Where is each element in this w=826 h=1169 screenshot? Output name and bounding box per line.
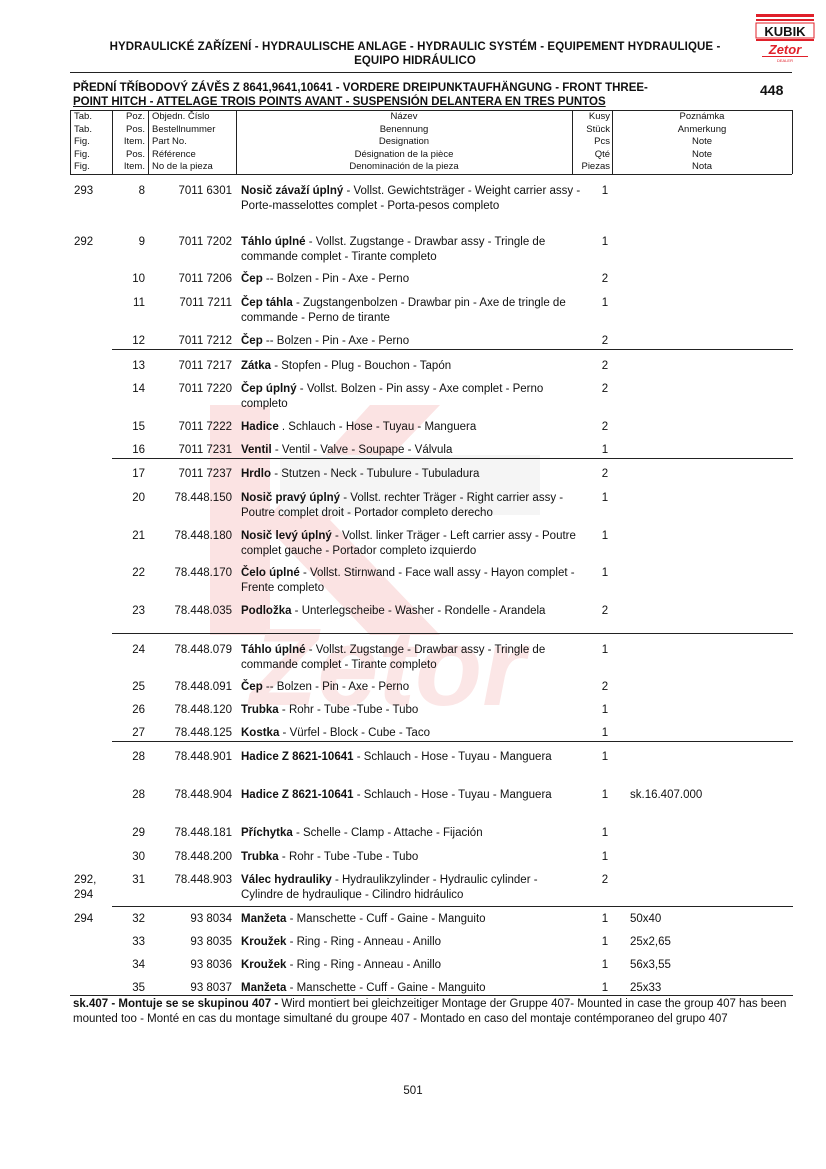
row-name-cz: Čep: [241, 273, 263, 285]
row-description: Hrdlo - Stutzen - Neck - Tubulure - Tubu…: [241, 467, 581, 482]
row-description: Čelo úplné - Vollst. Stirnwand - Face wa…: [241, 566, 581, 595]
section-code: 448: [760, 82, 783, 98]
row-quantity: 1: [595, 235, 615, 250]
row-quantity: 1: [595, 184, 615, 199]
row-name-translations: -- Bolzen - Pin - Axe - Perno: [263, 273, 409, 285]
row-name-cz: Čep úplný: [241, 383, 297, 395]
row-quantity: 2: [595, 272, 615, 287]
row-part-number: 7011 7222: [150, 420, 232, 435]
row-quantity: 1: [595, 529, 615, 544]
section-title: PŘEDNÍ TŘÍBODOVÝ ZÁVĚS Z 8641,9641,10641…: [73, 81, 723, 109]
row-description: Válec hydrauliky - Hydraulikzylinder - H…: [241, 873, 581, 902]
row-position: 34: [112, 958, 145, 973]
row-description: Nosič pravý úplný - Vollst. rechter Träg…: [241, 491, 581, 520]
row-part-number: 7011 7202: [150, 235, 232, 250]
col-divider: [148, 110, 149, 174]
row-quantity: 1: [595, 643, 615, 658]
row-part-number: 7011 7206: [150, 272, 232, 287]
row-note: sk.16.407.000: [630, 788, 702, 803]
row-name-translations: - Manschette - Cuff - Gaine - Manguito: [286, 982, 485, 994]
row-quantity: 2: [595, 382, 615, 397]
row-name-cz: Čelo úplné: [241, 567, 300, 579]
row-part-number: 7011 7220: [150, 382, 232, 397]
col-header-poz: Poz.Pos.Item.Pos.Item.: [112, 111, 145, 174]
row-quantity: 1: [595, 788, 615, 803]
row-name-cz: Kroužek: [241, 959, 286, 971]
page-number: 501: [0, 1085, 826, 1097]
section-title-line2: POINT HITCH - ATTELAGE TROIS POINTS AVAN…: [73, 95, 723, 109]
row-quantity: 2: [595, 680, 615, 695]
row-description: Hadice Z 8621-10641 - Schlauch - Hose - …: [241, 788, 581, 803]
row-quantity: 1: [595, 443, 615, 458]
col-header-part: Objedn. ČísloBestellnummerPart No.Référe…: [152, 111, 215, 174]
row-description: Příchytka - Schelle - Clamp - Attache - …: [241, 826, 581, 841]
row-part-number: 7011 7211: [150, 296, 232, 311]
row-part-number: 78.448.091: [150, 680, 232, 695]
row-position: 17: [112, 467, 145, 482]
header-title-line2: EQUIPO HIDRÁULICO: [70, 54, 760, 68]
row-description: Čep úplný - Vollst. Bolzen - Pin assy - …: [241, 382, 581, 411]
footnote: sk.407 - Montuje se se skupinou 407 - Wi…: [73, 997, 793, 1026]
row-position: 14: [112, 382, 145, 397]
row-quantity: 1: [595, 826, 615, 841]
row-name-cz: Nosič pravý úplný: [241, 492, 340, 504]
row-description: Ventil - Ventil - Valve - Soupape - Válv…: [241, 443, 581, 458]
row-quantity: 2: [595, 420, 615, 435]
document-header: HYDRAULICKÉ ZAŘÍZENÍ - HYDRAULISCHE ANLA…: [70, 40, 760, 68]
row-description: Nosič závaží úplný - Vollst. Gewichtsträ…: [241, 184, 581, 213]
row-position: 13: [112, 359, 145, 374]
group-separator: [112, 741, 793, 742]
row-position: 12: [112, 334, 145, 349]
row-tab: 293: [74, 184, 108, 199]
row-position: 28: [112, 788, 145, 803]
row-position: 22: [112, 566, 145, 581]
row-name-cz: Hadice: [241, 421, 279, 433]
row-name-translations: - Stopfen - Plug - Bouchon - Tapón: [271, 360, 451, 372]
row-quantity: 1: [595, 850, 615, 865]
row-description: Trubka - Rohr - Tube -Tube - Tubo: [241, 703, 581, 718]
row-position: 32: [112, 912, 145, 927]
row-description: Táhlo úplné - Vollst. Zugstange - Drawba…: [241, 643, 581, 672]
row-description: Manžeta - Manschette - Cuff - Gaine - Ma…: [241, 981, 581, 996]
row-part-number: 93 8037: [150, 981, 232, 996]
row-quantity: 2: [595, 604, 615, 619]
col-header-tab: Tab.Tab.Fig.Fig.Fig.: [74, 111, 92, 174]
logo-dealer-text: DEALER: [777, 58, 793, 63]
col-divider: [70, 110, 71, 174]
header-title-line1: HYDRAULICKÉ ZAŘÍZENÍ - HYDRAULISCHE ANLA…: [70, 40, 760, 54]
row-name-cz: Táhlo úplné: [241, 644, 306, 656]
row-name-cz: Válec hydrauliky: [241, 874, 332, 886]
row-description: Táhlo úplné - Vollst. Zugstange - Drawba…: [241, 235, 581, 264]
row-position: 30: [112, 850, 145, 865]
row-part-number: 78.448.035: [150, 604, 232, 619]
row-part-number: 7011 7237: [150, 467, 232, 482]
row-position: 9: [112, 235, 145, 250]
row-position: 33: [112, 935, 145, 950]
row-quantity: 1: [595, 935, 615, 950]
row-description: Kroužek - Ring - Ring - Anneau - Anillo: [241, 935, 581, 950]
col-divider: [792, 110, 793, 174]
row-name-translations: - Schlauch - Hose - Tuyau - Manguera: [354, 789, 552, 801]
row-name-cz: Nosič levý úplný: [241, 530, 332, 542]
row-name-cz: Kroužek: [241, 936, 286, 948]
row-quantity: 1: [595, 958, 615, 973]
row-quantity: 2: [595, 873, 615, 888]
row-name-translations: - Schelle - Clamp - Attache - Fijación: [293, 827, 483, 839]
row-part-number: 7011 7212: [150, 334, 232, 349]
row-part-number: 78.448.200: [150, 850, 232, 865]
group-separator: [112, 633, 793, 634]
row-name-translations: - Schlauch - Hose - Tuyau - Manguera: [354, 751, 552, 763]
row-part-number: 7011 6301: [150, 184, 232, 199]
row-quantity: 1: [595, 750, 615, 765]
row-part-number: 93 8035: [150, 935, 232, 950]
row-description: Čep táhla - Zugstangenbolzen - Drawbar p…: [241, 296, 581, 325]
row-part-number: 93 8036: [150, 958, 232, 973]
group-separator: [112, 906, 793, 907]
row-quantity: 1: [595, 912, 615, 927]
group-separator: [112, 349, 793, 350]
row-name-translations: - Manschette - Cuff - Gaine - Manguito: [286, 913, 485, 925]
row-description: Manžeta - Manschette - Cuff - Gaine - Ma…: [241, 912, 581, 927]
row-quantity: 2: [595, 467, 615, 482]
row-name-cz: Kostka: [241, 727, 279, 739]
row-name-cz: Trubka: [241, 704, 279, 716]
row-part-number: 78.448.079: [150, 643, 232, 658]
row-part-number: 78.448.180: [150, 529, 232, 544]
row-position: 31: [112, 873, 145, 888]
row-tab: 292: [74, 235, 108, 250]
row-name-translations: - Unterlegscheibe - Washer - Rondelle - …: [291, 605, 545, 617]
row-name-cz: Hrdlo: [241, 468, 271, 480]
row-part-number: 78.448.120: [150, 703, 232, 718]
row-position: 35: [112, 981, 145, 996]
row-name-cz: Čep táhla: [241, 297, 293, 309]
row-name-cz: Trubka: [241, 851, 279, 863]
row-quantity: 2: [595, 334, 615, 349]
row-name-translations: - Rohr - Tube -Tube - Tubo: [279, 851, 419, 863]
row-name-translations: -- Bolzen - Pin - Axe - Perno: [263, 335, 409, 347]
row-name-translations: - Ventil - Valve - Soupape - Válvula: [272, 444, 453, 456]
row-position: 8: [112, 184, 145, 199]
row-tab: 292, 294: [74, 873, 108, 902]
row-description: Zátka - Stopfen - Plug - Bouchon - Tapón: [241, 359, 581, 374]
row-part-number: 93 8034: [150, 912, 232, 927]
row-description: Nosič levý úplný - Vollst. linker Träger…: [241, 529, 581, 558]
row-name-translations: - Vürfel - Block - Cube - Taco: [279, 727, 430, 739]
row-name-translations: - Ring - Ring - Anneau - Anillo: [286, 936, 441, 948]
row-note: 25x2,65: [630, 935, 671, 950]
row-part-number: 78.448.904: [150, 788, 232, 803]
row-position: 24: [112, 643, 145, 658]
row-position: 23: [112, 604, 145, 619]
table-bottom-rule: [70, 995, 793, 996]
row-name-translations: -- Bolzen - Pin - Axe - Perno: [263, 681, 409, 693]
row-position: 26: [112, 703, 145, 718]
logo-kubik-text: KUBIK: [764, 24, 806, 39]
row-part-number: 78.448.181: [150, 826, 232, 841]
row-part-number: 78.448.125: [150, 726, 232, 741]
col-header-note: PoznámkaAnmerkungNoteNoteNota: [612, 111, 792, 174]
row-name-cz: Manžeta: [241, 913, 286, 925]
row-description: Podložka - Unterlegscheibe - Washer - Ro…: [241, 604, 581, 619]
row-note: 56x3,55: [630, 958, 671, 973]
row-part-number: 78.448.150: [150, 491, 232, 506]
row-part-number: 7011 7217: [150, 359, 232, 374]
row-position: 25: [112, 680, 145, 695]
row-description: Hadice . Schlauch - Hose - Tuyau - Mangu…: [241, 420, 581, 435]
row-part-number: 7011 7231: [150, 443, 232, 458]
row-name-cz: Zátka: [241, 360, 271, 372]
row-name-translations: - Stutzen - Neck - Tubulure - Tubuladura: [271, 468, 479, 480]
row-description: Čep -- Bolzen - Pin - Axe - Perno: [241, 334, 581, 349]
group-separator: [112, 458, 793, 459]
row-name-cz: Nosič závaží úplný: [241, 185, 343, 197]
row-note: 25x33: [630, 981, 661, 996]
row-quantity: 1: [595, 491, 615, 506]
row-position: 11: [112, 296, 145, 311]
row-description: Hadice Z 8621-10641 - Schlauch - Hose - …: [241, 750, 581, 765]
logo-zetor-text: Zetor: [768, 42, 802, 57]
row-description: Kostka - Vürfel - Block - Cube - Taco: [241, 726, 581, 741]
row-position: 27: [112, 726, 145, 741]
kubik-zetor-logo: KUBIK Zetor DEALER: [754, 14, 816, 64]
table-header-bottom-rule: [70, 174, 792, 175]
section-title-line1: PŘEDNÍ TŘÍBODOVÝ ZÁVĚS Z 8641,9641,10641…: [73, 81, 723, 95]
row-name-translations: - Ring - Ring - Anneau - Anillo: [286, 959, 441, 971]
row-name-cz: Hadice Z 8621-10641: [241, 751, 354, 763]
row-part-number: 78.448.170: [150, 566, 232, 581]
row-name-cz: Manžeta: [241, 982, 286, 994]
row-quantity: 1: [595, 703, 615, 718]
row-note: 50x40: [630, 912, 661, 927]
row-quantity: 1: [595, 726, 615, 741]
row-position: 20: [112, 491, 145, 506]
row-position: 16: [112, 443, 145, 458]
col-header-qty: KusyStückPcsQtéPiezas: [572, 111, 610, 174]
row-description: Kroužek - Ring - Ring - Anneau - Anillo: [241, 958, 581, 973]
row-name-translations: . Schlauch - Hose - Tuyau - Manguera: [279, 421, 477, 433]
row-name-cz: Příchytka: [241, 827, 293, 839]
row-quantity: 2: [595, 359, 615, 374]
row-name-cz: Čep: [241, 681, 263, 693]
row-name-cz: Čep: [241, 335, 263, 347]
row-name-cz: Ventil: [241, 444, 272, 456]
row-position: 28: [112, 750, 145, 765]
row-description: Čep -- Bolzen - Pin - Axe - Perno: [241, 680, 581, 695]
row-position: 29: [112, 826, 145, 841]
row-quantity: 1: [595, 981, 615, 996]
row-position: 15: [112, 420, 145, 435]
row-name-cz: Podložka: [241, 605, 291, 617]
row-description: Trubka - Rohr - Tube -Tube - Tubo: [241, 850, 581, 865]
row-position: 21: [112, 529, 145, 544]
row-description: Čep -- Bolzen - Pin - Axe - Perno: [241, 272, 581, 287]
col-header-name: NázevBenennungDesignationDésignation de …: [236, 111, 572, 174]
row-quantity: 1: [595, 296, 615, 311]
row-name-cz: Hadice Z 8621-10641: [241, 789, 354, 801]
row-name-cz: Táhlo úplné: [241, 236, 306, 248]
row-position: 10: [112, 272, 145, 287]
row-name-translations: - Rohr - Tube -Tube - Tubo: [279, 704, 419, 716]
row-part-number: 78.448.901: [150, 750, 232, 765]
row-tab: 294: [74, 912, 108, 927]
row-quantity: 1: [595, 566, 615, 581]
row-part-number: 78.448.903: [150, 873, 232, 888]
footnote-bold: sk.407 - Montuje se se skupinou 407 -: [73, 998, 278, 1010]
header-rule: [70, 72, 792, 73]
